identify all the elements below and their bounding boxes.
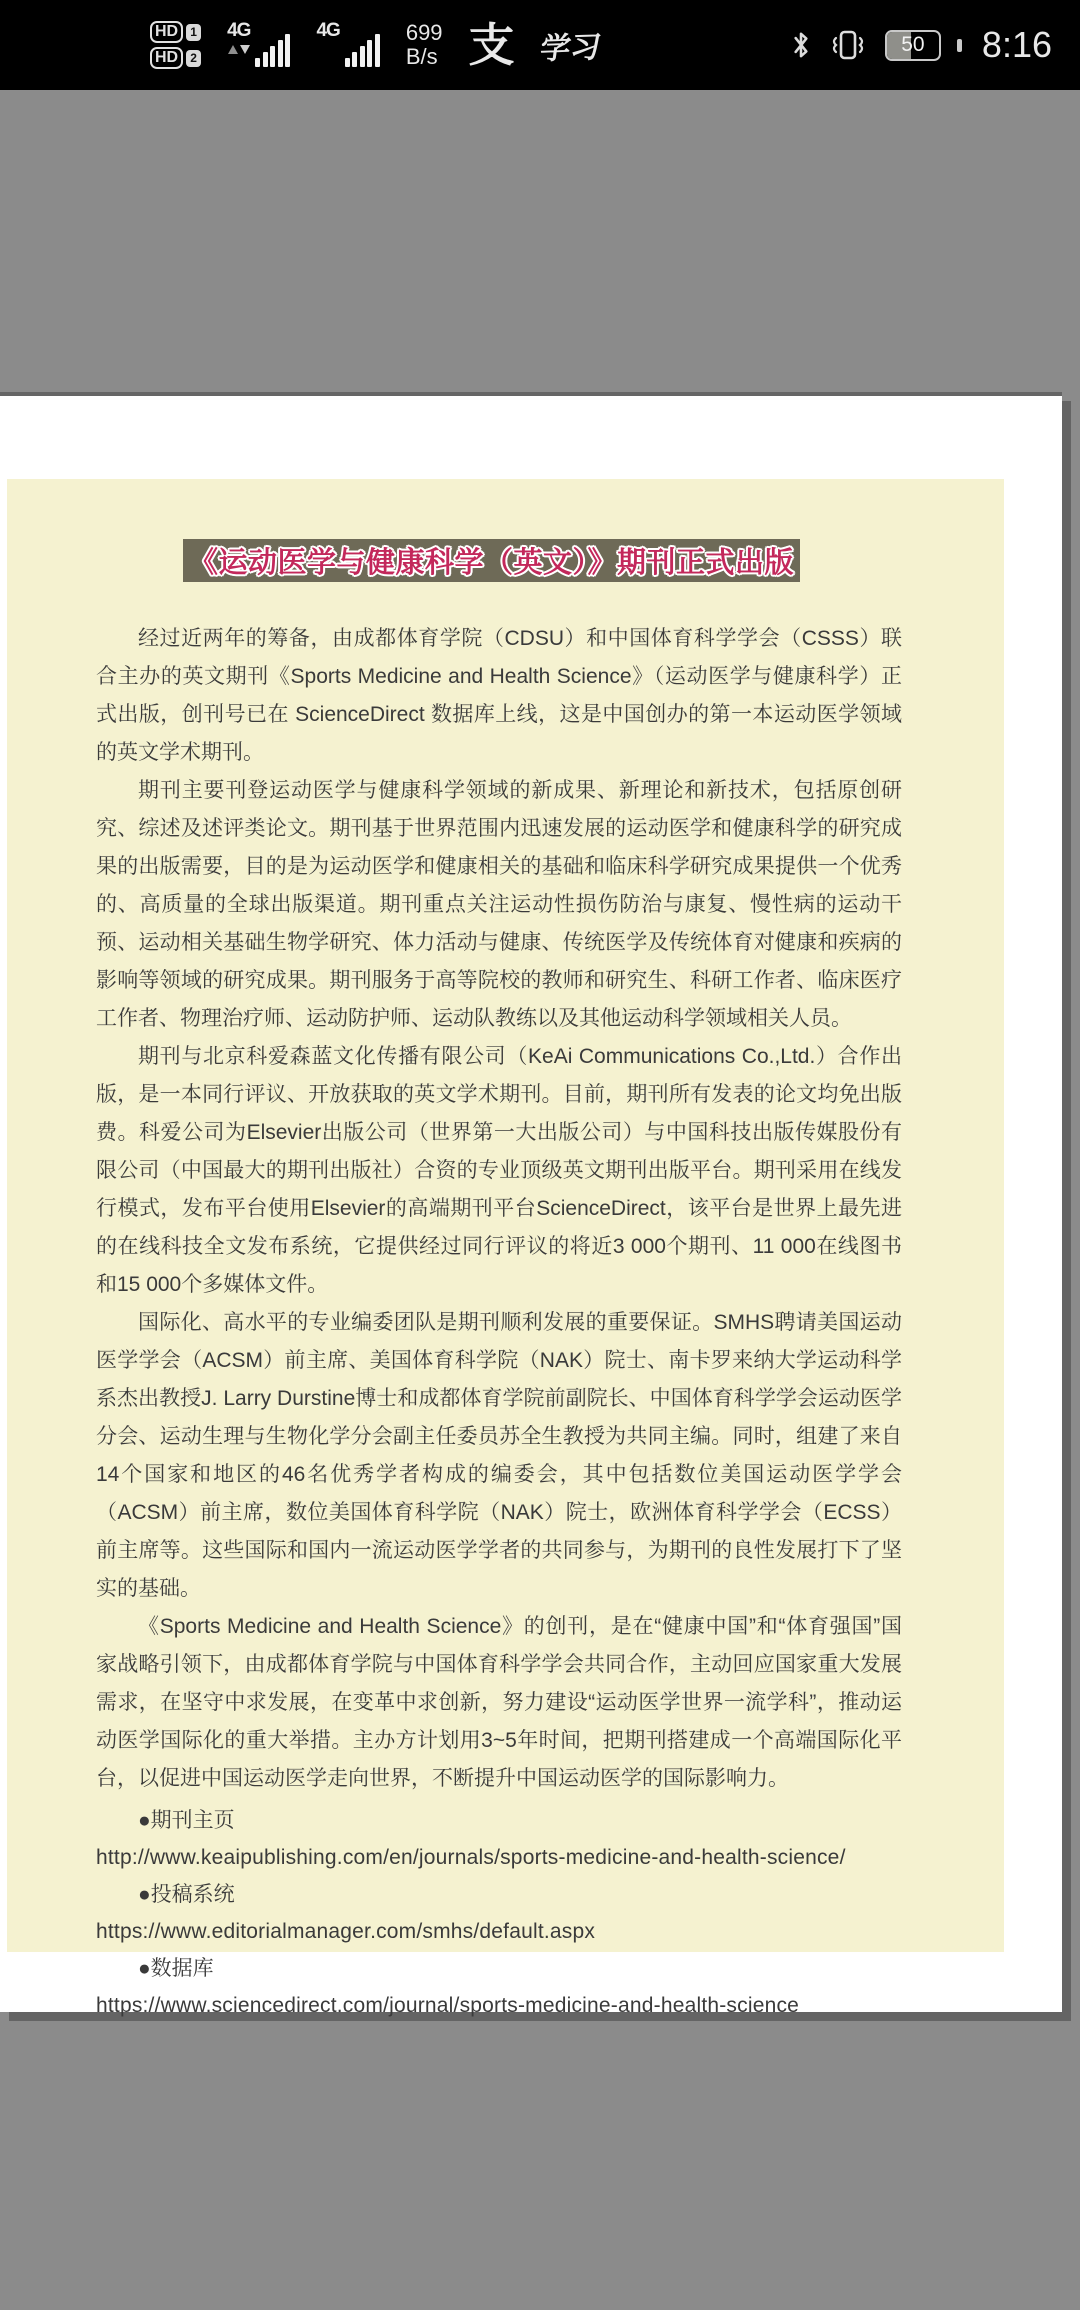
article-panel: 《运动医学与健康科学（英文）》期刊正式出版 经过近两年的筹备，由成都体育学院（C…: [7, 479, 1004, 1952]
network-type-label: 4G: [316, 21, 339, 41]
signal-bars-icon: [255, 17, 290, 73]
bluetooth-icon: [791, 29, 811, 61]
battery-level: 50: [901, 33, 924, 57]
article-body: 经过近两年的筹备，由成都体育学院（CDSU）和中国体育科学学会（CSSS）联合主…: [7, 620, 902, 2024]
article-title-bar: 《运动医学与健康科学（英文）》期刊正式出版: [183, 539, 800, 582]
speed-unit: B/s: [406, 45, 443, 69]
paragraph: 《Sports Medicine and Health Science》的创刊，…: [96, 1608, 902, 1798]
hd-icon: HD: [150, 21, 183, 43]
signal-group-sim1: 4G: [227, 17, 290, 73]
hd1-indicator: HD 1: [150, 21, 201, 43]
network-type-label: 4G: [227, 21, 250, 41]
status-bar-left: HD 1 HD 2 4G 4G: [150, 0, 601, 90]
signal-bars-icon: [345, 17, 380, 73]
status-bar: HD 1 HD 2 4G 4G: [0, 0, 1080, 90]
hd-indicators: HD 1 HD 2: [150, 21, 201, 69]
clock-time: 8:16: [982, 24, 1052, 66]
battery-icon: 50: [885, 30, 941, 61]
alipay-app-icon: 支: [469, 22, 515, 68]
signal-group-sim2: 4G: [316, 17, 379, 73]
link-label-database: ●数据库: [96, 1950, 902, 1987]
link-url-database[interactable]: https://www.sciencedirect.com/journal/sp…: [96, 1987, 902, 2024]
paragraph: 经过近两年的筹备，由成都体育学院（CDSU）和中国体育科学学会（CSSS）联合主…: [96, 620, 902, 772]
sim2-badge: 2: [186, 50, 201, 67]
paragraph: 期刊主要刊登运动医学与健康科学领域的新成果、新理论和新技术，包括原创研究、综述及…: [96, 772, 902, 1038]
speed-value: 699: [406, 21, 443, 45]
network-speed: 699 B/s: [406, 21, 443, 69]
link-url-homepage[interactable]: http://www.keaipublishing.com/en/journal…: [96, 1839, 902, 1876]
hd2-indicator: HD 2: [150, 47, 201, 69]
journal-links: ●期刊主页 http://www.keaipublishing.com/en/j…: [96, 1802, 902, 2024]
xuexi-app-icon: 学习: [537, 22, 604, 68]
vibrate-icon: [825, 29, 871, 61]
battery-tip-icon: [957, 39, 962, 52]
link-label-submission: ●投稿系统: [96, 1876, 902, 1913]
link-label-homepage: ●期刊主页: [96, 1802, 902, 1839]
hd-icon: HD: [150, 47, 183, 69]
article-title: 《运动医学与健康科学（英文）》期刊正式出版: [189, 540, 794, 581]
link-url-submission[interactable]: https://www.editorialmanager.com/smhs/de…: [96, 1913, 902, 1950]
document-page: 《运动医学与健康科学（英文）》期刊正式出版 经过近两年的筹备，由成都体育学院（C…: [0, 392, 1062, 2012]
data-transfer-arrows-icon: [228, 45, 250, 54]
paragraph: 国际化、高水平的专业编委团队是期刊顺利发展的重要保证。SMHS聘请美国运动医学学…: [96, 1304, 902, 1608]
status-bar-right: 50 8:16: [791, 0, 1052, 90]
sim1-badge: 1: [186, 24, 201, 41]
paragraph: 期刊与北京科爱森蓝文化传播有限公司（KeAi Communications Co…: [96, 1038, 902, 1304]
